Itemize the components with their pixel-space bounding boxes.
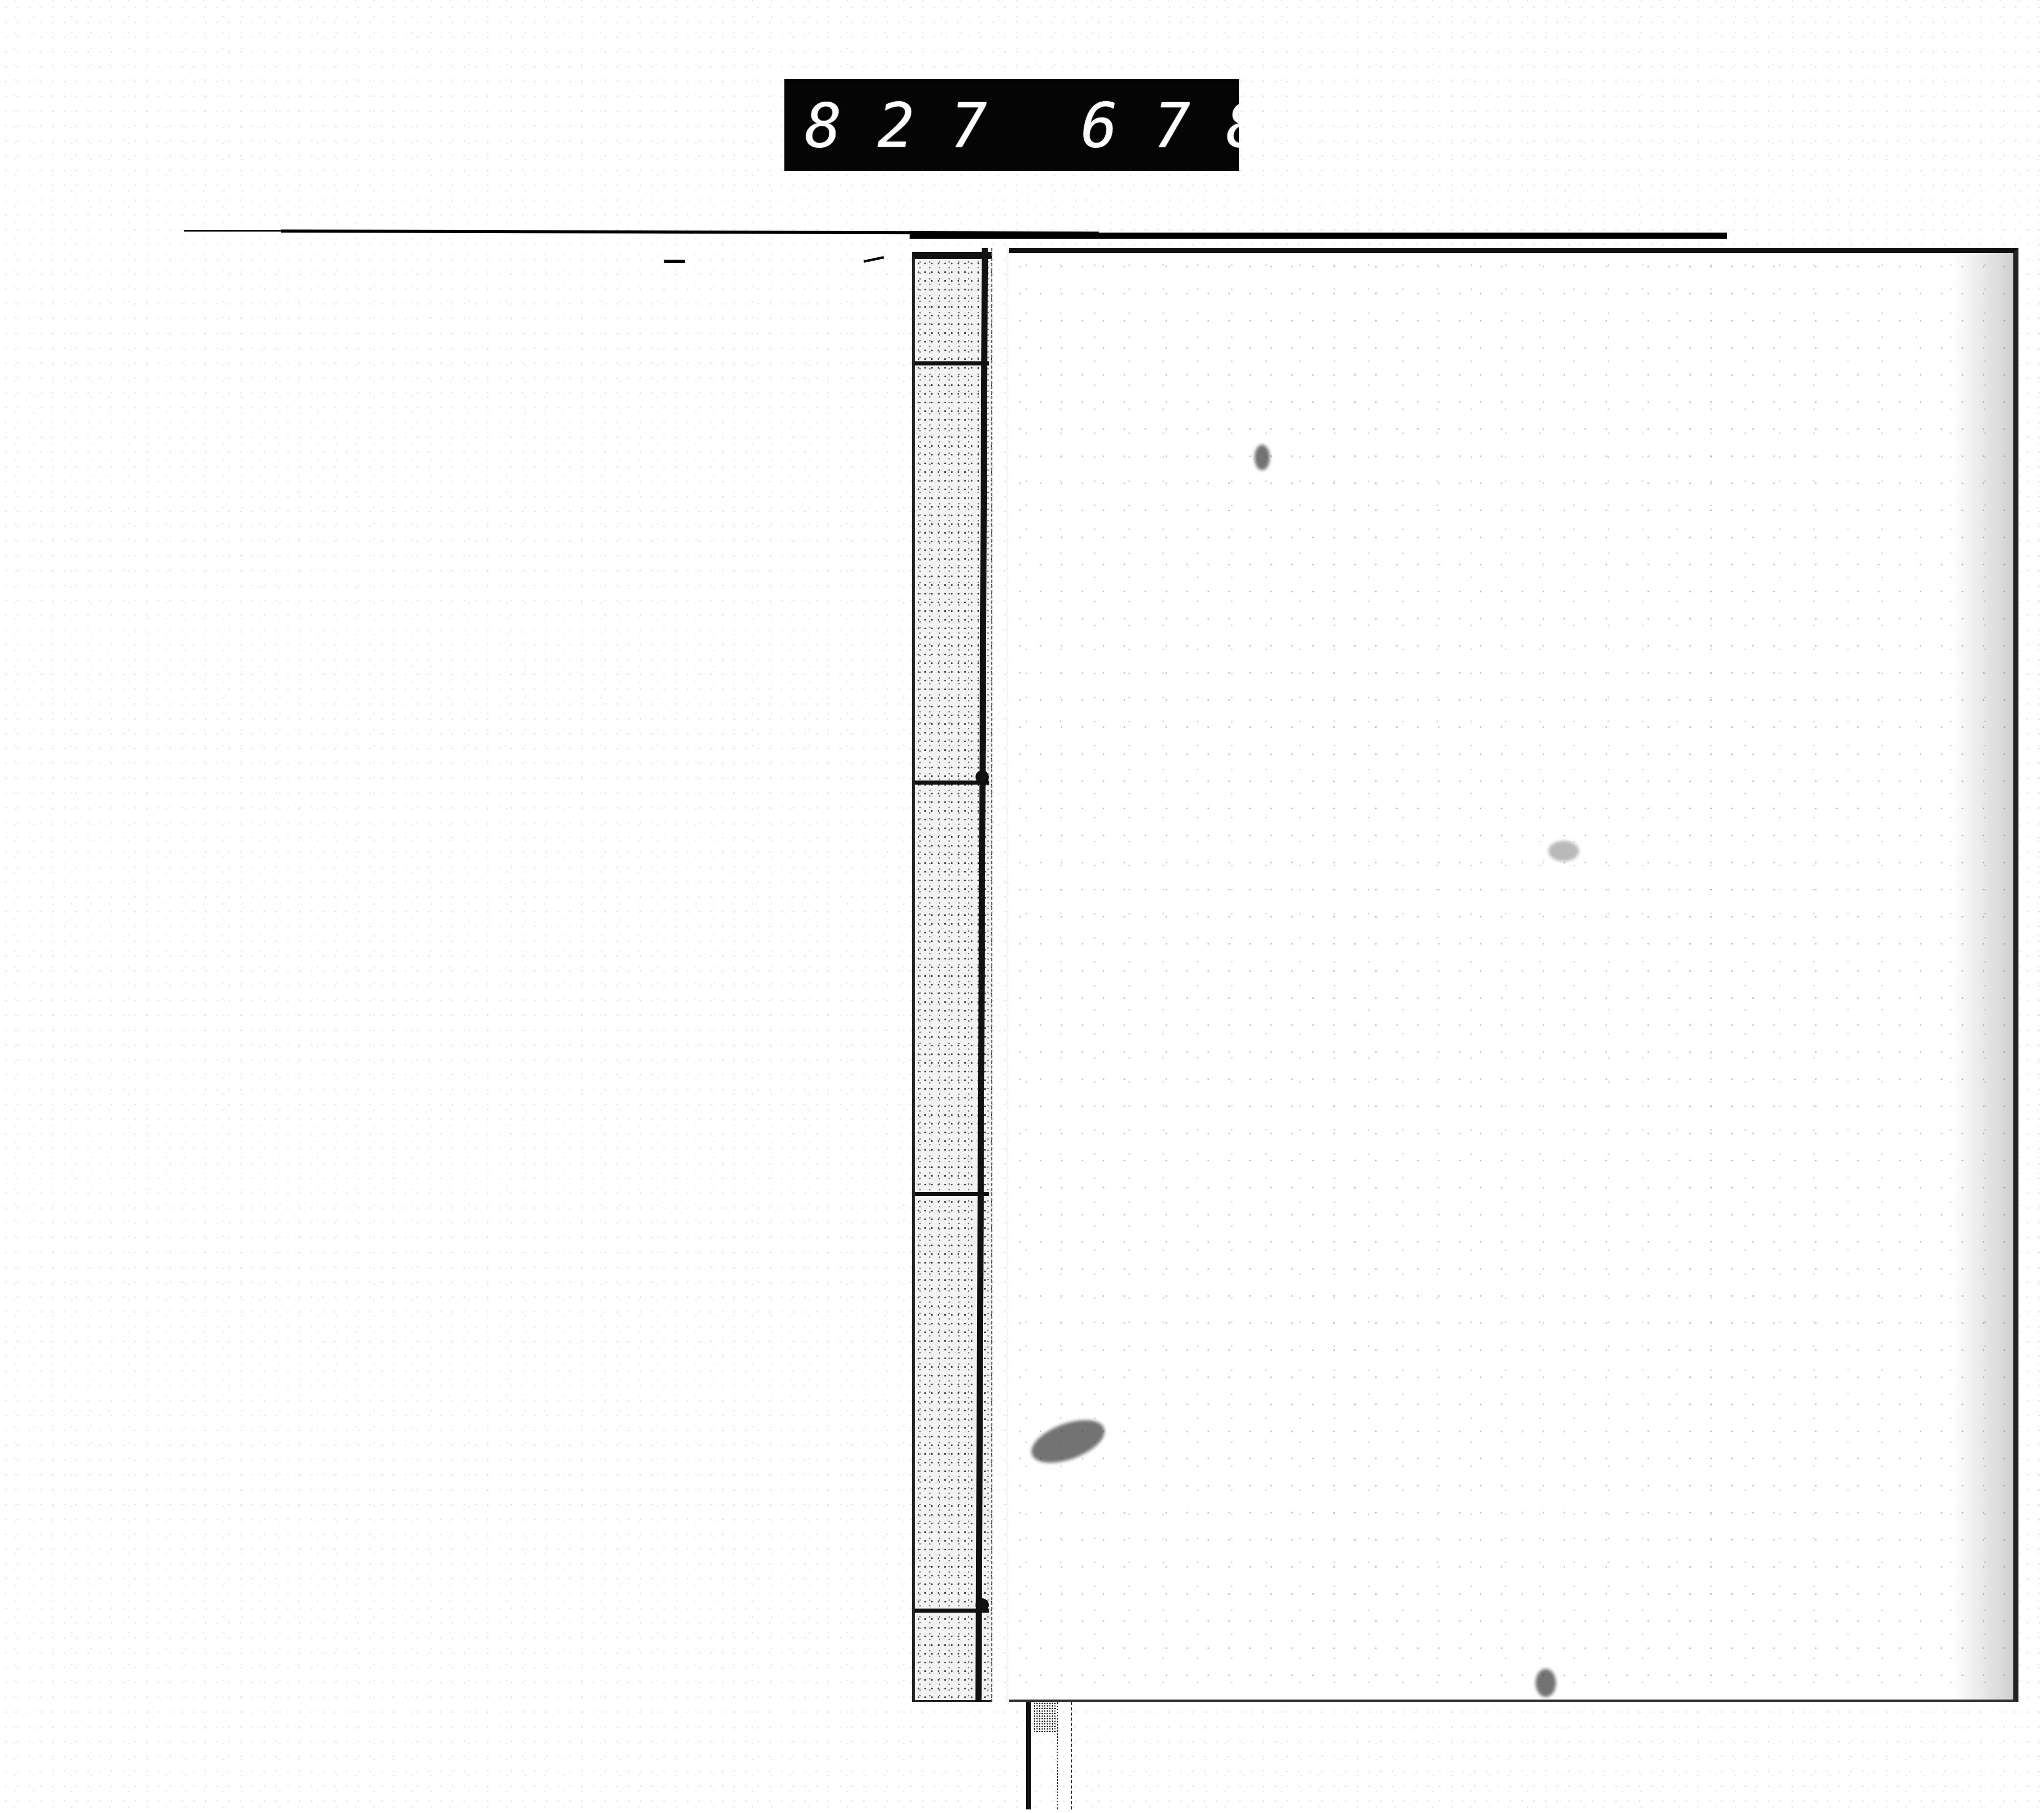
strip-edge [1026, 1702, 1031, 1809]
catalog-number-right: 678. [1081, 90, 1372, 162]
strip-line [1057, 1702, 1062, 1809]
strip-texture [1033, 1702, 1056, 1733]
catalog-number-left: 827 [805, 90, 1023, 162]
book-cover [1009, 248, 2018, 1702]
cover-fold [991, 248, 1008, 1702]
stitch-knot [975, 1598, 989, 1612]
binding-stitch [915, 361, 989, 365]
cover-worn-edge [1952, 253, 2013, 1700]
top-rule-thick [910, 233, 1727, 239]
cover-spot [1548, 841, 1579, 861]
book [912, 248, 2018, 1702]
cover-spot [1536, 1669, 1556, 1697]
strip-line [1071, 1702, 1074, 1809]
hanging-paper-strip [1026, 1702, 1082, 1813]
stitch-knot [975, 770, 989, 784]
scan-mark [664, 260, 685, 263]
cover-texture [1009, 253, 2013, 1700]
catalog-label: 827 678. [784, 79, 1239, 171]
cover-spot [1255, 445, 1270, 470]
